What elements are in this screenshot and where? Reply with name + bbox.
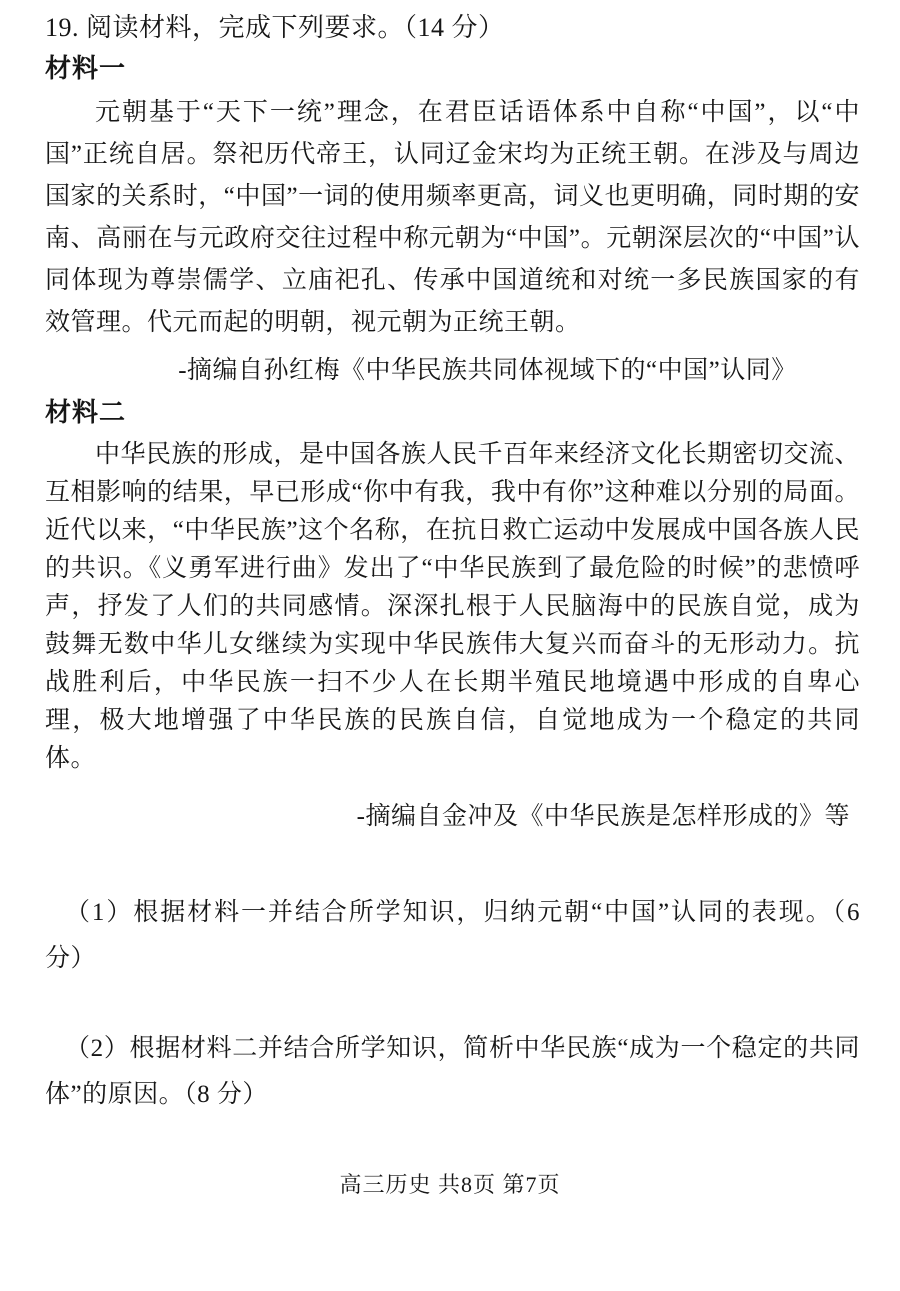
- material-1-citation: -摘编自孙红梅《中华民族共同体视域下的“中国”认同》: [45, 354, 860, 388]
- material-2-paragraph: 中华民族的形成，是中国各族人民千百年来经济文化长期密切交流、互相影响的结果，早已…: [45, 436, 860, 778]
- sub-question-1: （1）根据材料一并结合所学知识，归纳元朝“中国”认同的表现。（6 分）: [45, 890, 860, 982]
- material-1-label: 材料一: [45, 52, 860, 84]
- page-footer: 高三历史 共8页 第7页: [0, 1168, 900, 1199]
- sub-question-2: （2）根据材料二并结合所学知识，简析中华民族“成为一个稳定的共同体”的原因。（8…: [45, 1026, 860, 1118]
- question-header: 19. 阅读材料，完成下列要求。（14 分）: [45, 10, 860, 46]
- material-1-paragraph: 元朝基于“天下一统”理念，在君臣话语体系中自称“中国”，以“中国”正统自居。祭祀…: [45, 92, 860, 344]
- material-2-citation: -摘编自金冲及《中华民族是怎样形成的》等: [45, 800, 860, 834]
- exam-page: 19. 阅读材料，完成下列要求。（14 分） 材料一 元朝基于“天下一统”理念，…: [0, 0, 900, 1291]
- material-2-label: 材料二: [45, 396, 860, 428]
